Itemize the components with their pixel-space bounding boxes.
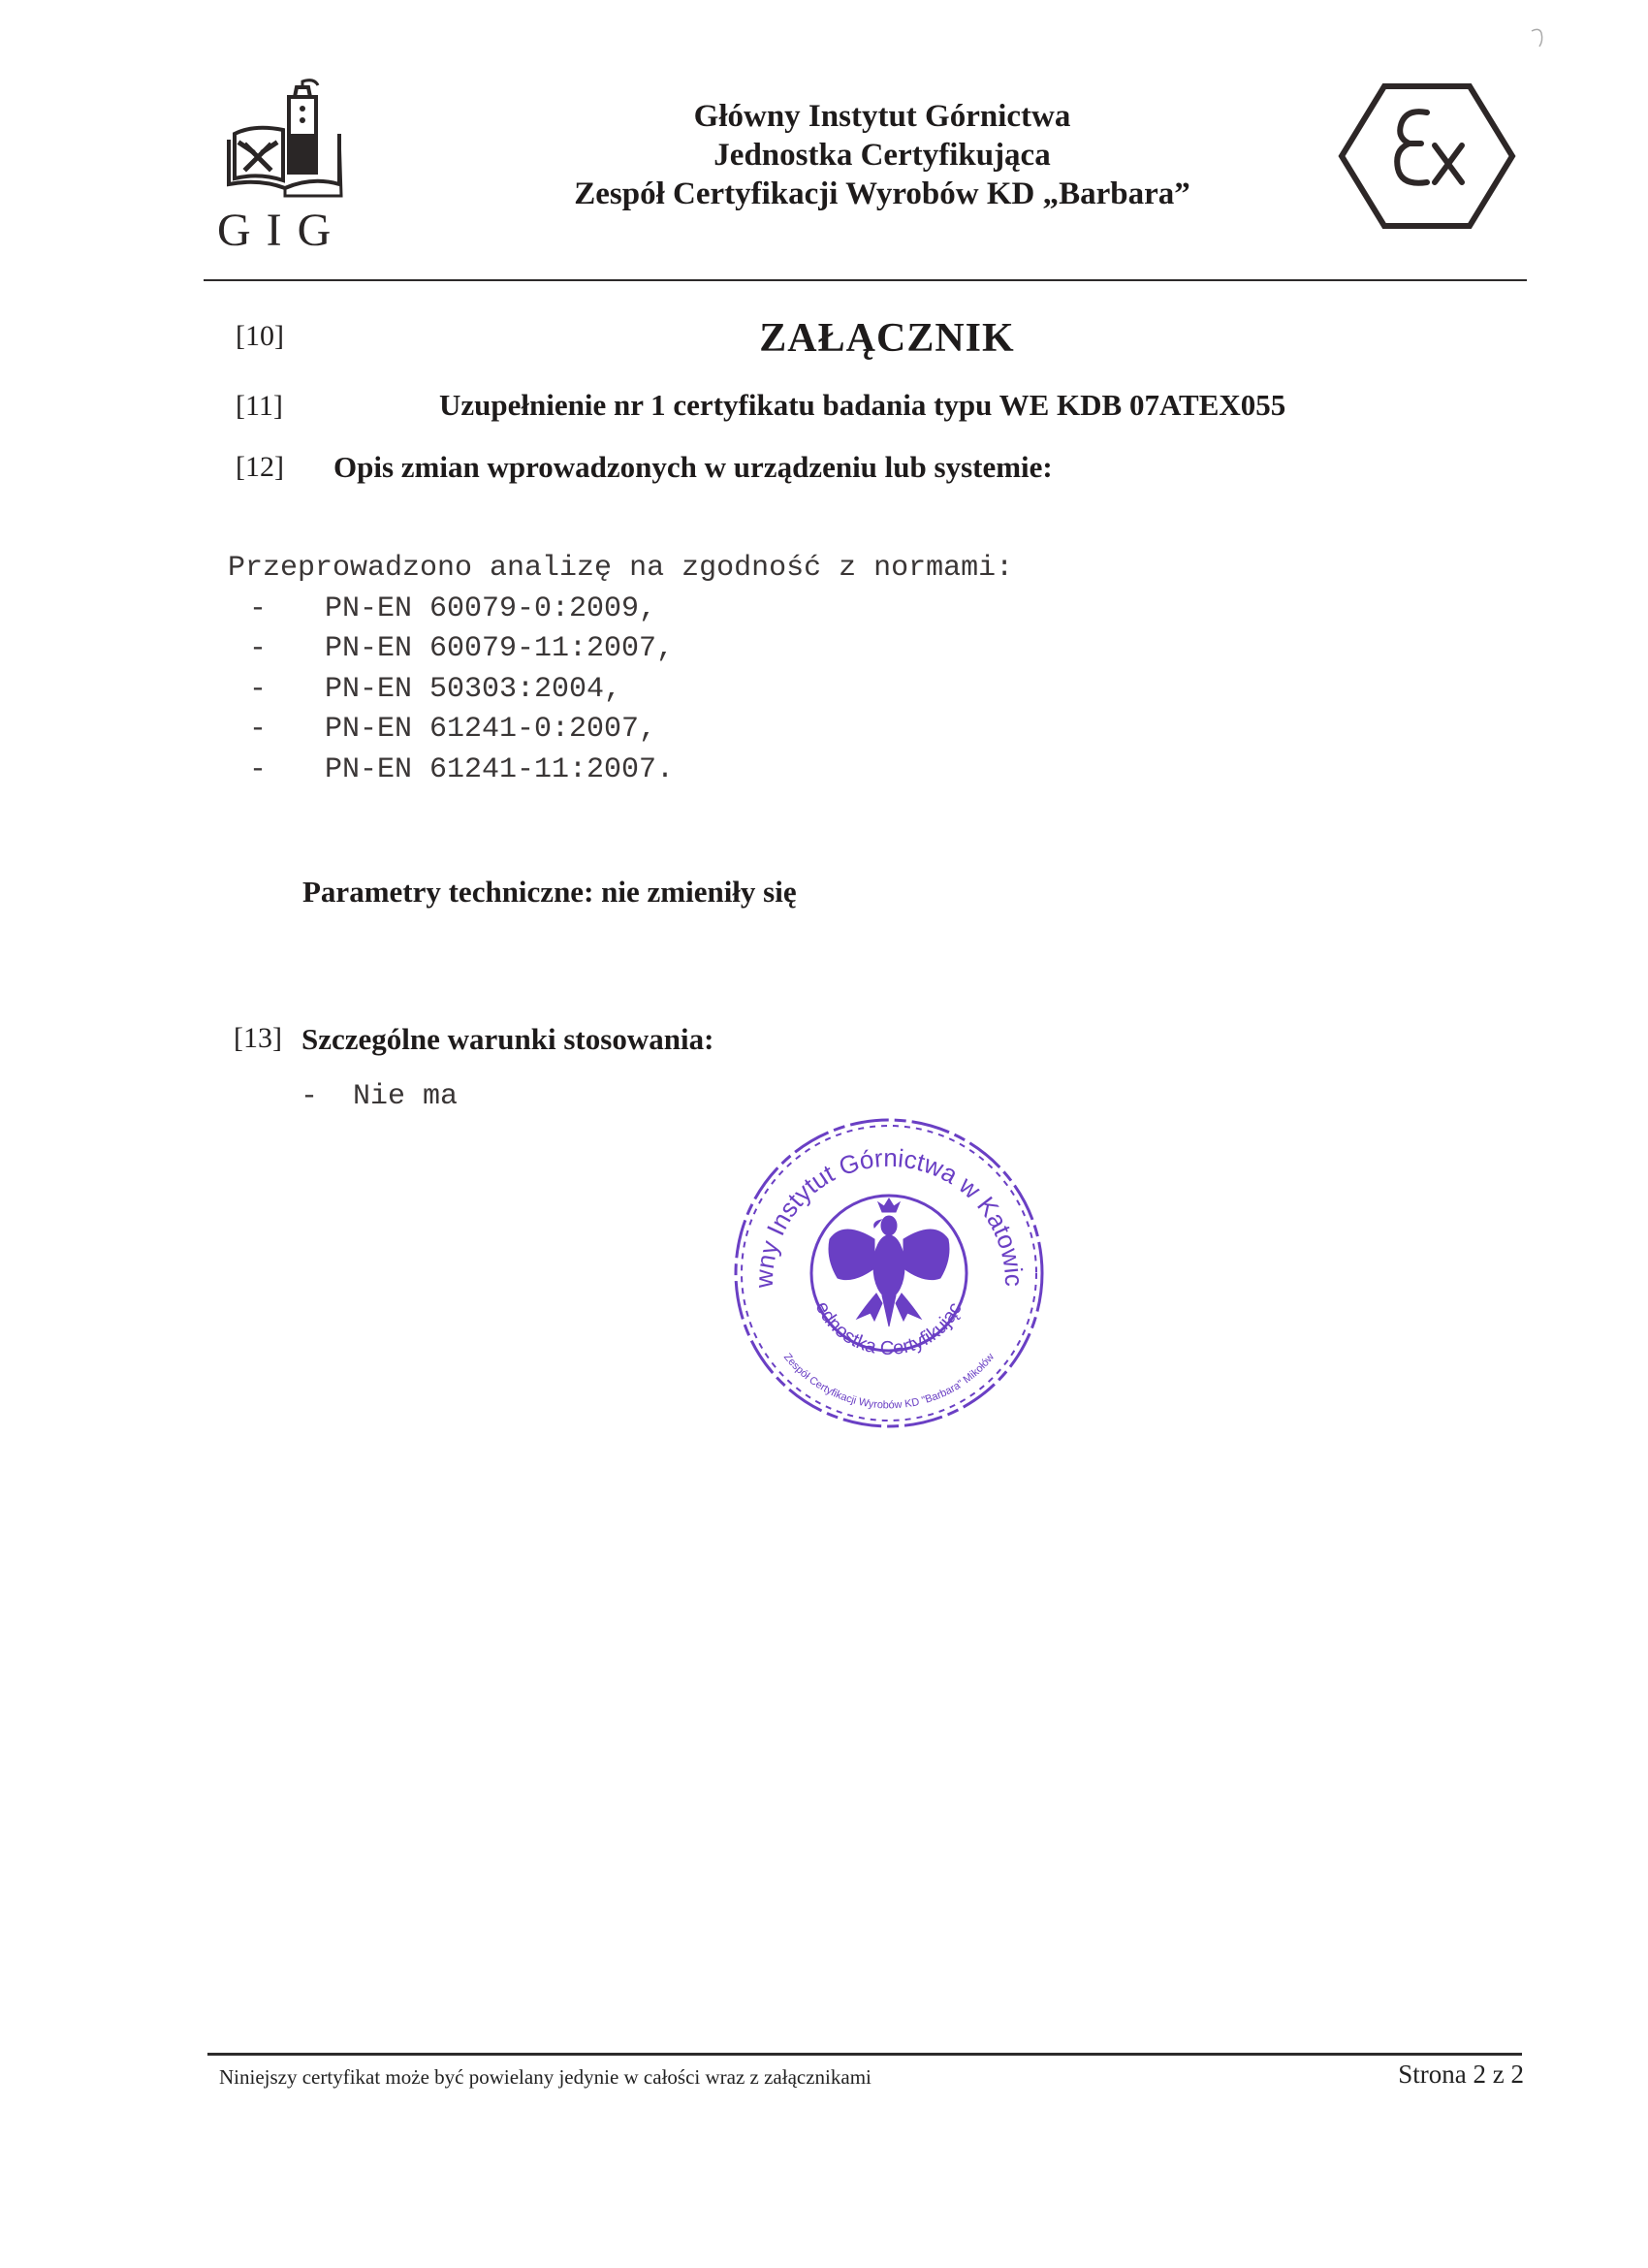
gig-logo-icon [225,76,351,202]
standard-text: PN-EN 50303:2004, [325,670,621,711]
institute-name: Główny Instytut Górnictwa [504,97,1260,136]
standard-item: - PN-EN 60079-0:2009, [228,590,1013,630]
page-number: Strona 2 z 2 [1398,2060,1524,2090]
section-number-12: [12] [236,451,284,484]
standard-item: - PN-EN 61241-0:2007, [228,710,1013,751]
standard-item: - PN-EN 60079-11:2007, [228,629,1013,670]
special-conditions-item: - Nie ma [301,1080,458,1113]
document-title: ZAŁĄCZNIK [0,315,1648,362]
official-stamp: Główny Instytut Górnictwa w Katowicach J… [729,1113,1049,1433]
stamp-bottom-text: Zespół Certyfikacji Wyrobów KD "Barbara"… [781,1352,997,1412]
list-dash: - [228,710,325,751]
list-dash: - [228,629,325,670]
footer-divider [207,2053,1522,2056]
certification-unit: Jednostka Certyfikująca [504,136,1260,175]
standard-text: PN-EN 61241-11:2007. [325,751,674,791]
header-divider [204,279,1527,281]
eagle-icon [829,1198,949,1326]
ex-hexagon-icon [1338,83,1516,229]
list-dash: - [228,670,325,711]
analysis-intro: Przeprowadzono analizę na zgodność z nor… [228,549,1013,590]
footer-note: Niniejszy certyfikat może być powielany … [219,2065,872,2090]
standard-text: PN-EN 60079-11:2007, [325,629,674,670]
list-dash: - [228,751,325,791]
standard-text: PN-EN 60079-0:2009, [325,590,656,630]
section-number-11: [11] [236,390,283,423]
list-dash: - [228,590,325,630]
supplement-title: Uzupełnienie nr 1 certyfikatu badania ty… [439,388,1285,423]
standard-item: - PN-EN 61241-11:2007. [228,751,1013,791]
standards-analysis: Przeprowadzono analizę na zgodność z nor… [228,549,1013,790]
section-number-13: [13] [234,1022,282,1055]
standard-text: PN-EN 61241-0:2007, [325,710,656,751]
gig-logo-text: GIG [217,204,346,257]
technical-parameters-note: Parametry techniczne: nie zmieniły się [302,875,797,910]
special-conditions-heading: Szczególne warunki stosowania: [301,1022,713,1057]
standard-item: - PN-EN 50303:2004, [228,670,1013,711]
scan-mark-icon [1530,27,1549,50]
changes-heading: Opis zmian wprowadzonych w urządzeniu lu… [333,450,1053,485]
institute-header: Główny Instytut Górnictwa Jednostka Cert… [504,97,1260,213]
certification-team: Zespół Certyfikacji Wyrobów KD „Barbara” [504,175,1260,213]
